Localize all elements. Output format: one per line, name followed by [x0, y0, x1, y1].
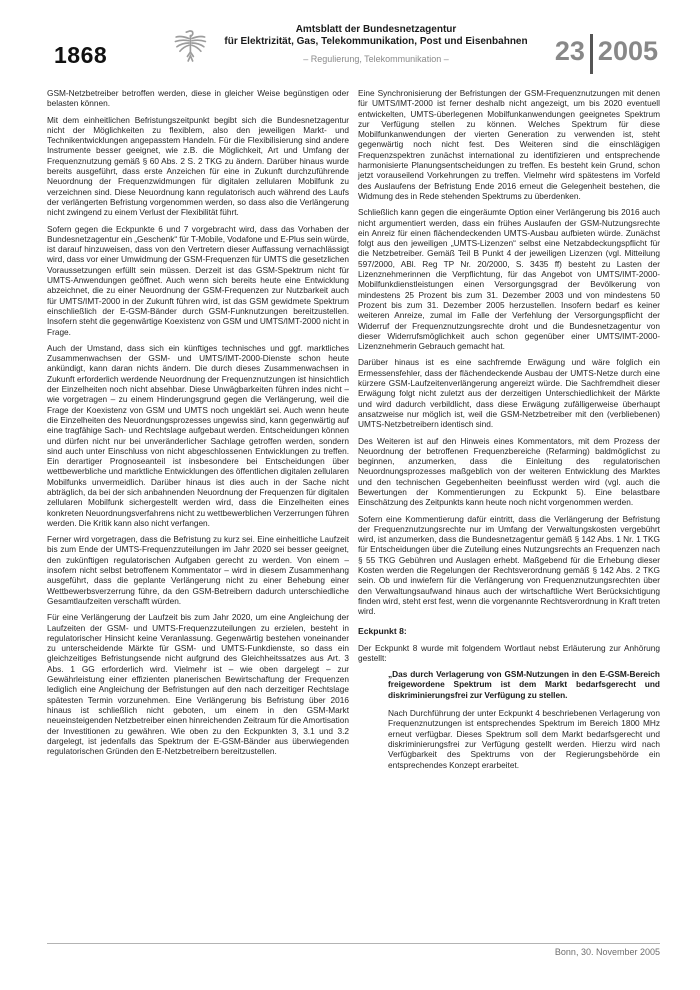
- issue-number: 23: [555, 38, 585, 65]
- page-number: 1868: [54, 42, 107, 69]
- paragraph-right-3: Darüber hinaus ist es eine sachfremde Er…: [358, 357, 660, 429]
- issue-badge: 23 2005: [555, 34, 658, 74]
- paragraph-left-2: Mit dem einheitlichen Befristungszeitpun…: [47, 115, 349, 218]
- masthead-center: Amtsblatt der Bundesnetzagentur für Elek…: [172, 24, 527, 72]
- paragraph-right-5: Sofern eine Kommentierung dafür eintritt…: [358, 514, 660, 617]
- paragraph-left-1: GSM-Netzbetreiber betroffen werden, dies…: [47, 88, 349, 109]
- paragraph-left-6: Für eine Verlängerung der Laufzeit bis z…: [47, 612, 349, 756]
- eckpunkt8-explanation: Nach Durchführung der unter Eckpunkt 4 b…: [388, 708, 660, 770]
- footer-dateline: Bonn, 30. November 2005: [47, 947, 660, 957]
- masthead-title-line2: für Elektrizität, Gas, Telekommunikation…: [224, 36, 527, 47]
- eckpunkt8-quote: „Das durch Verlagerung von GSM-Nutzungen…: [388, 669, 660, 700]
- section-heading-eckpunkt-8: Eckpunkt 8:: [358, 626, 660, 636]
- paragraph-left-5: Ferner wird vorgetragen, dass die Befris…: [47, 534, 349, 606]
- gazette-page: 1868: [0, 0, 700, 990]
- issue-year: 2005: [598, 38, 658, 65]
- paragraph-left-3: Sofern gegen die Eckpunkte 6 und 7 vorge…: [47, 224, 349, 337]
- paragraph-left-4: Auch der Umstand, dass sich ein künftige…: [47, 343, 349, 528]
- paragraph-right-1: Eine Synchronisierung der Befristungen d…: [358, 88, 660, 201]
- body-column-left: GSM-Netzbetreiber betroffen werden, dies…: [47, 88, 349, 938]
- masthead-title-block: Amtsblatt der Bundesnetzagentur für Elek…: [224, 24, 527, 64]
- body-columns: GSM-Netzbetreiber betroffen werden, dies…: [0, 88, 700, 938]
- paragraph-right-4: Des Weiteren ist auf den Hinweis eines K…: [358, 436, 660, 508]
- paragraph-eckpunkt8-intro: Der Eckpunkt 8 wurde mit folgendem Wortl…: [358, 643, 660, 664]
- body-column-right: Eine Synchronisierung der Befristungen d…: [358, 88, 660, 938]
- masthead: 1868: [0, 0, 700, 88]
- paragraph-right-2: Schließlich kann gegen die eingeräumte O…: [358, 207, 660, 351]
- issue-divider-bar: [590, 34, 593, 74]
- federal-eagle-icon: [172, 25, 208, 72]
- masthead-title-line1: Amtsblatt der Bundesnetzagentur: [224, 24, 527, 35]
- page-footer: Bonn, 30. November 2005: [47, 943, 660, 957]
- masthead-section-line: – Regulierung, Telekommunikation –: [224, 54, 527, 64]
